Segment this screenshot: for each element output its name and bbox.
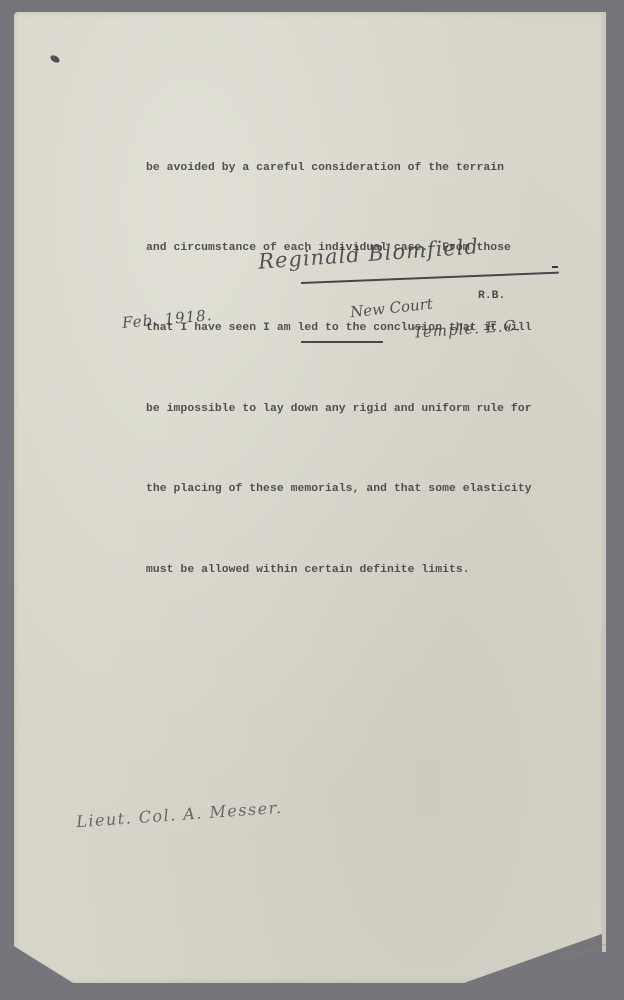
body-line: be avoided by a careful consideration of… (146, 155, 576, 182)
folded-corner-crease (555, 944, 605, 993)
body-line: must be allowed within certain definite … (146, 557, 576, 584)
paper-edge (602, 12, 606, 952)
scan-background: be avoided by a careful consideration of… (0, 0, 624, 1000)
body-line: the placing of these memorials, and that… (146, 476, 576, 503)
signature-dash (552, 266, 558, 268)
typed-body-text: be avoided by a careful consideration of… (146, 101, 576, 637)
closing-rule (301, 341, 383, 343)
body-line: be impossible to lay down any rigid and … (146, 396, 576, 423)
typed-initials: R.B. (478, 290, 505, 302)
